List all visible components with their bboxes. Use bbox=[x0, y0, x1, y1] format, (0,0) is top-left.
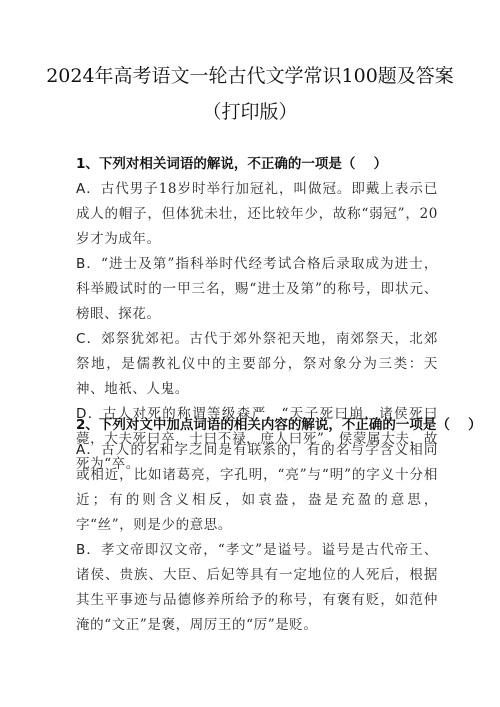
option-text: 孝文帝即汉文帝，“孝文”是谥号。谥号是古代帝王、诸侯、贵族、大臣、后妃等具有一定… bbox=[76, 542, 438, 633]
option-text: 古人的名和字之间是有联系的，有的名与字含义相同或相近，比如诸葛亮，字孔明，“亮”… bbox=[76, 442, 438, 533]
document-title: 2024年高考语文一轮古代文学常识100题及答案（打印版） bbox=[40, 58, 460, 130]
question-2: 2、下列对文中加点词语的相关内容的解说，不正确的一项是（ ） A．古人的名和字之… bbox=[76, 413, 438, 638]
option-letter: B． bbox=[76, 542, 101, 558]
option-text: 郊祭犹郊祀。古代于郊外祭祀天地，南郊祭天，北郊祭地，是儒教礼仪中的主要部分，祭对… bbox=[76, 331, 438, 397]
option-c: C．郊祭犹郊祀。古代于郊外祭祀天地，南郊祭天，北郊祭地，是儒教礼仪中的主要部分，… bbox=[76, 327, 438, 402]
option-letter: A． bbox=[76, 442, 101, 458]
option-a: A．古人的名和字之间是有联系的，有的名与字含义相同或相近，比如诸葛亮，字孔明，“… bbox=[76, 438, 438, 538]
option-b: B．“进士及第”指科举时代经考试合格后录取成为进士，科举殿试时的一甲三名，赐“进… bbox=[76, 252, 438, 327]
option-letter: A． bbox=[76, 181, 101, 197]
question-stem: 2、下列对文中加点词语的相关内容的解说，不正确的一项是（ ） bbox=[76, 413, 438, 438]
option-a: A．古代男子18岁时举行加冠礼，叫做冠。即戴上表示已成人的帽子，但体犹未壮，还比… bbox=[76, 177, 438, 252]
option-letter: B． bbox=[76, 256, 101, 272]
option-text: “进士及第”指科举时代经考试合格后录取成为进士，科举殿试时的一甲三名，赐“进士及… bbox=[76, 256, 438, 322]
option-b: B．孝文帝即汉文帝，“孝文”是谥号。谥号是古代帝王、诸侯、贵族、大臣、后妃等具有… bbox=[76, 538, 438, 638]
question-stem: 1、下列对相关词语的解说，不正确的一项是（ ） bbox=[76, 152, 438, 177]
option-letter: C． bbox=[76, 331, 101, 347]
option-text: 古代男子18岁时举行加冠礼，叫做冠。即戴上表示已成人的帽子，但体犹未壮，还比较年… bbox=[76, 181, 438, 247]
